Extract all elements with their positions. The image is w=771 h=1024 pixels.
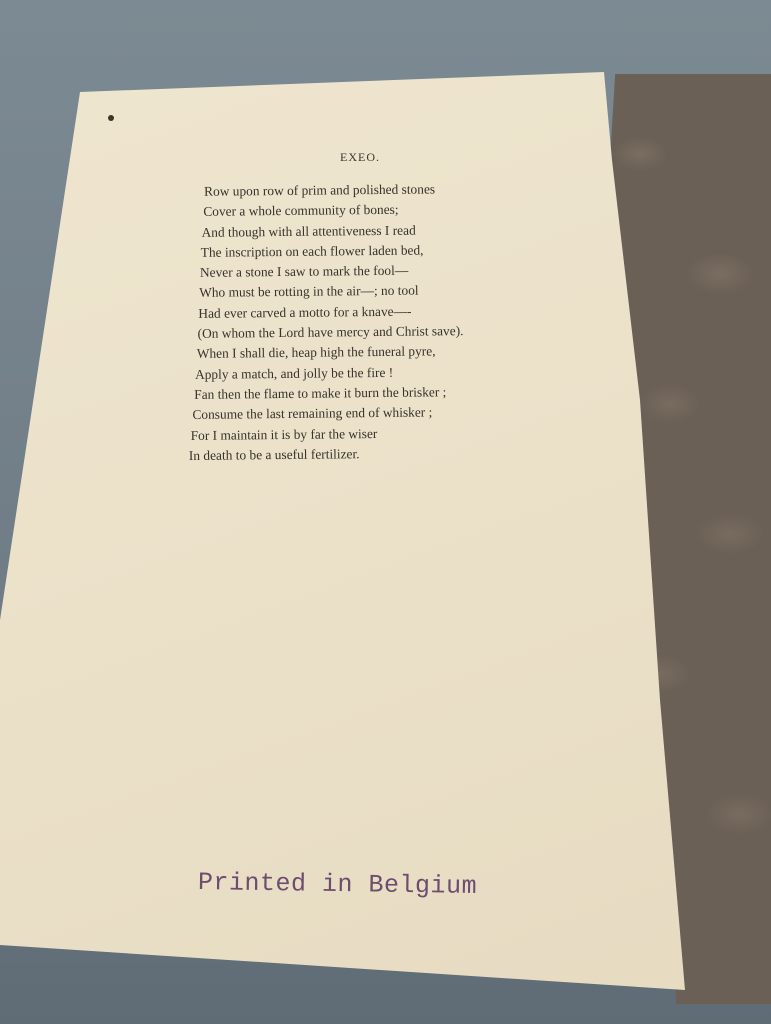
poem-title: EXEO.	[340, 150, 380, 165]
poem-line: In death to be a useful fertilizer.	[189, 442, 549, 466]
printed-in-belgium-stamp: Printed in Belgium	[198, 868, 477, 901]
poem-body: Row upon row of prim and polished stones…	[186, 178, 549, 466]
page-mark	[108, 115, 114, 121]
